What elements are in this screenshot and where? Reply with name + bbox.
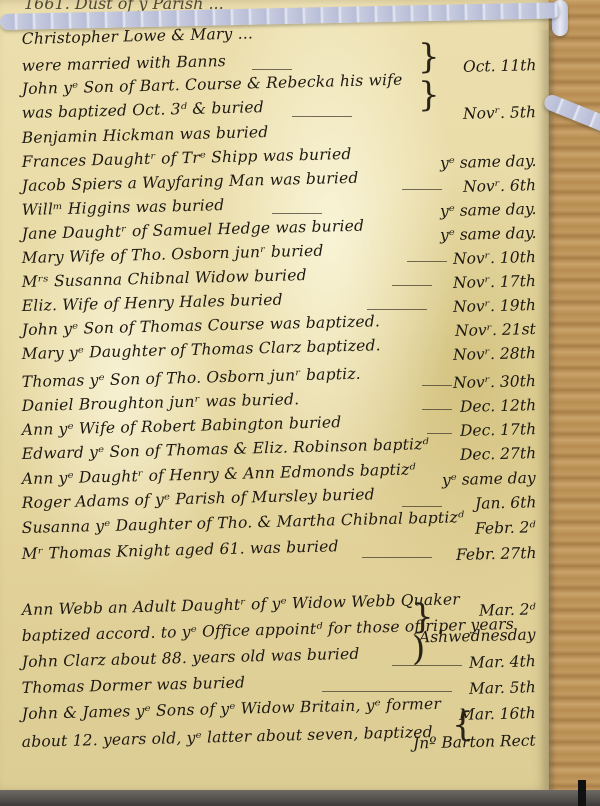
entry-date: Novʳ. 5th [463, 103, 536, 123]
leader-dash [252, 69, 292, 70]
entry-date: Mar. 4th [469, 652, 536, 672]
entry-text: Willᵐ Higgins was buried [22, 196, 225, 219]
brace-icon: } [418, 78, 440, 112]
entry-date: yᵉ same day [442, 469, 536, 489]
register-entries: Christopher Lowe & Mary ... were married… [0, 0, 548, 792]
entry-date: Mar. 5th [469, 678, 536, 698]
entry-date: Oct. 11th [462, 56, 536, 76]
entry-date: Jnº Barton Rect [413, 732, 536, 753]
entry-date: Ashwednesday [419, 626, 536, 647]
entry-date: Dec. 27th [460, 444, 536, 464]
entry-date: Novʳ. 30th [453, 372, 536, 392]
entry-date: yᵉ same day. [439, 224, 536, 244]
register-entry: Christopher Lowe & Mary ... [22, 30, 544, 56]
book-edge-shadow [0, 790, 600, 806]
leader-dash [402, 506, 442, 507]
entry-date: yᵉ same day. [439, 152, 536, 172]
entry-text: Ann Webb an Adult Daughtʳ of yᵉ Widow We… [22, 590, 461, 619]
entry-date: Jan. 6th [474, 493, 536, 512]
entry-text: were married with Banns [22, 52, 227, 75]
entry-date: Novʳ. 28th [453, 344, 536, 364]
leader-dash [427, 433, 452, 434]
leader-dash [272, 213, 322, 214]
leader-dash [392, 285, 432, 286]
entry-date: Dec. 17th [460, 420, 536, 440]
leader-dash [392, 665, 462, 666]
leader-dash [362, 557, 432, 558]
register-entry: John Clarz about 88. years old was burie… [22, 653, 544, 679]
leader-dash [367, 309, 427, 310]
leader-dash [422, 409, 452, 410]
leader-dash [402, 189, 442, 190]
brace-icon: { [452, 708, 474, 742]
brace-icon: ) [412, 632, 425, 666]
register-entry: Mʳ Thomas Knight aged 61. was buried Feb… [22, 545, 544, 571]
brace-icon: } [418, 40, 440, 74]
entry-date: yᵉ same day. [439, 200, 536, 220]
leader-dash [322, 691, 452, 692]
page-marker [578, 780, 586, 806]
leader-dash [422, 385, 452, 386]
leader-dash [407, 261, 447, 262]
entry-date: Novʳ. 10th [453, 248, 536, 268]
entry-date: Dec. 12th [460, 396, 536, 416]
entry-date: Febr. 27th [455, 544, 536, 564]
entry-date: Novʳ. 6th [463, 176, 536, 196]
entry-date: Novʳ. 17th [453, 272, 536, 292]
leader-dash [292, 116, 352, 117]
entry-date: Novʳ. 21st [455, 320, 536, 340]
entry-date: Novʳ. 19th [453, 296, 536, 316]
entry-date: Febr. 2ᵈ [475, 518, 536, 537]
